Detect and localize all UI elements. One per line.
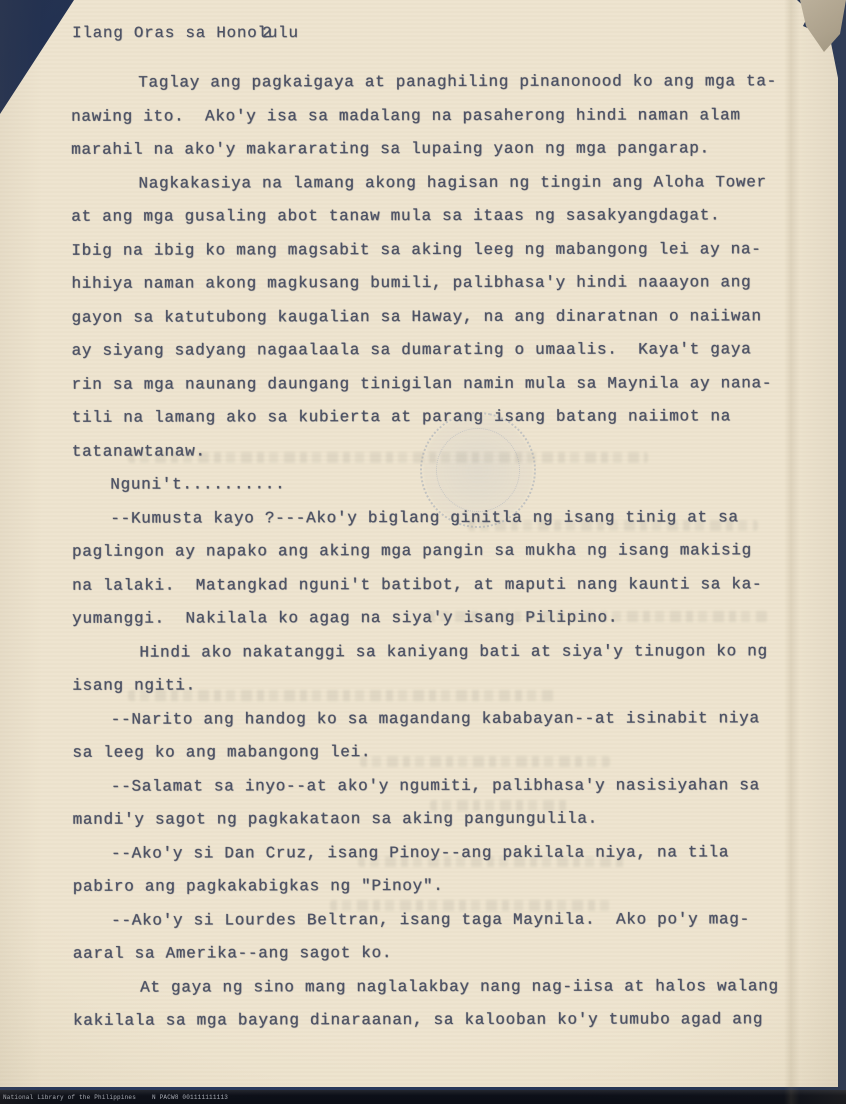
scan-id-code: N PACW8 001111111113 xyxy=(152,1094,228,1102)
page-header: Ilang Oras sa Honolulu 2 xyxy=(72,24,796,58)
scanned-manuscript-page: Ilang Oras sa Honolulu 2 Taglay ang pagk… xyxy=(0,0,846,1104)
paragraph: --Ako'y si Lourdes Beltran, isang taga M… xyxy=(73,903,797,972)
scan-footer-bar: National Library of the Philippines N PA… xyxy=(0,1090,846,1104)
paragraph: --Narito ang handog ko sa magandang kaba… xyxy=(72,702,796,771)
paragraph: Taglay ang pagkaigaya at panaghiling pin… xyxy=(71,65,795,167)
paragraph: --Salamat sa inyo--at ako'y ngumiti, pal… xyxy=(72,769,796,838)
page-number: 2 xyxy=(262,24,272,42)
paragraph: Nguni't.......... xyxy=(72,467,796,502)
paragraph: Nagkakasiya na lamang akong hagisan ng t… xyxy=(71,166,796,469)
paragraph: --Kumusta kayo ?---Ako'y biglang ginitla… xyxy=(72,501,796,637)
document-body: Taglay ang pagkaigaya at panaghiling pin… xyxy=(71,65,797,1038)
scan-footer-microtext: National Library of the Philippines N PA… xyxy=(3,1094,228,1102)
paragraph: --Ako'y si Dan Cruz, isang Pinoy--ang pa… xyxy=(73,836,797,905)
paragraph: At gaya ng sino mang naglalakbay nang na… xyxy=(73,970,797,1039)
paragraph: Hindi ako nakatanggi sa kaniyang bati at… xyxy=(72,635,796,704)
library-watermark-label: National Library of the Philippines xyxy=(3,1094,136,1102)
